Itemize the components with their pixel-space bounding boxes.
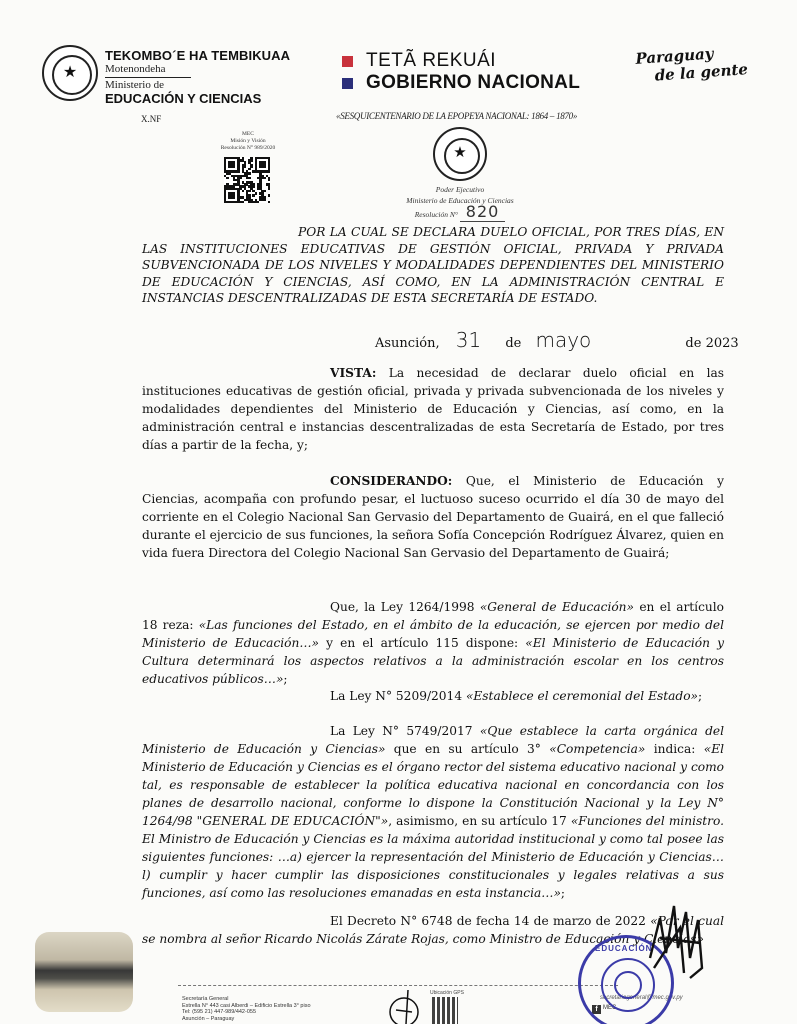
ley-1264-paragraph: Que, la Ley 1264/1998 «General de Educac… (142, 598, 724, 688)
text: indica: (645, 742, 703, 756)
resolution-label: Resolución N° (415, 210, 458, 219)
date-day-handwritten: 31 (456, 328, 481, 352)
text: ; (698, 689, 702, 703)
blue-square-icon (342, 78, 353, 89)
ley-5749-paragraph: La Ley N° 5749/2017 «Que establece la ca… (142, 722, 724, 902)
qr-code-icon[interactable] (224, 157, 270, 203)
executive-seal-logo: ★ (433, 127, 487, 181)
decorative-emblem-image (35, 932, 133, 1012)
quote: «Competencia» (549, 742, 645, 756)
red-square-icon (342, 56, 353, 67)
ministry-guarani-sub: Motenondeha (105, 63, 290, 75)
vista-paragraph: VISTA: La necesidad de declarar duelo of… (142, 364, 724, 454)
initials-icon (384, 990, 424, 1024)
vista-text: La necesidad de declarar duelo oficial e… (142, 366, 724, 452)
text: La Ley N° 5209/2014 (330, 689, 466, 703)
footer-city: Asunción – Paraguay (182, 1016, 311, 1023)
text: La Ley N° 5749/2017 (330, 724, 480, 738)
considerando-label: CONSIDERANDO: (330, 474, 452, 488)
resolution-number: 820 (460, 202, 506, 222)
footer-address: Secretaría General Estrella N° 443 casi … (182, 996, 311, 1022)
signature-icon (640, 898, 720, 988)
title-text: POR LA CUAL SE DECLARA DUELO OFICIAL, PO… (142, 225, 724, 305)
date-de: de (505, 336, 521, 351)
considerando-paragraph: CONSIDERANDO: Que, el Ministerio de Educ… (142, 472, 724, 562)
text: El Decreto N° 6748 de fecha 14 de marzo … (330, 914, 650, 928)
ministry-logo-text: TEKOMBO´E HA TEMBIKUAA Motenondeha Minis… (105, 48, 290, 106)
qr-caption-line3: Resolución N° 989/2020 (218, 145, 278, 152)
date-month-handwritten: mayo (535, 328, 591, 352)
text: que en su artículo 3° (385, 742, 549, 756)
star-icon: ★ (44, 62, 96, 81)
law-title: «Establece el ceremonial del Estado» (466, 689, 698, 703)
text: ; (561, 886, 565, 900)
poder-ejecutivo-label: Poder Ejecutivo (380, 184, 540, 195)
ley-5209-paragraph: La Ley N° 5209/2014 «Establece el ceremo… (142, 687, 724, 705)
footer-divider (178, 985, 618, 986)
sesquicentenario-motto: «SESQUICENTENARIO DE LA EPOPEYA NACIONAL… (336, 111, 577, 121)
government-logo: TETÃ REKUÁI GOBIERNO NACIONAL (342, 50, 580, 94)
qr-caption-line2: Misión y Visión (218, 138, 278, 145)
vista-label: VISTA: (330, 366, 376, 380)
qr-caption-line1: MEC (218, 131, 278, 138)
resolution-heading: Poder Ejecutivo Ministerio de Educación … (380, 184, 540, 220)
ministry-guarani-name: TEKOMBO´E HA TEMBIKUAA (105, 48, 290, 63)
gps-qr-code-icon[interactable] (432, 997, 458, 1024)
text: Que, la Ley 1264/1998 (330, 600, 480, 614)
gov-name: GOBIERNO NACIONAL (366, 72, 580, 94)
law-title: «General de Educación» (480, 600, 634, 614)
date-city: Asunción, (375, 336, 440, 351)
text: ; (283, 672, 287, 686)
qr-caption: MEC Misión y Visión Resolución N° 989/20… (218, 131, 278, 152)
ministry-name: EDUCACIÓN Y CIENCIAS (105, 91, 290, 106)
text: y en el artículo 115 dispone: (319, 636, 525, 650)
text: , asimismo, en su artículo 17 (388, 814, 571, 828)
ministry-label: Ministerio de (105, 80, 290, 91)
gov-guarani-name: TETÃ REKUÁI (366, 50, 496, 72)
date-year: de 2023 (685, 336, 738, 351)
divider (105, 77, 191, 78)
date-line: Asunción, 31 de mayo de 2023 (375, 328, 739, 352)
resolution-title: POR LA CUAL SE DECLARA DUELO OFICIAL, PO… (142, 224, 724, 307)
reference-code: X.NF (141, 114, 161, 124)
star-icon: ★ (435, 143, 485, 161)
slogan-logo: Paraguay de la gente (635, 42, 749, 86)
gps-label: Ubicación GPS (430, 990, 464, 996)
republic-seal-logo: ★ (42, 45, 98, 101)
